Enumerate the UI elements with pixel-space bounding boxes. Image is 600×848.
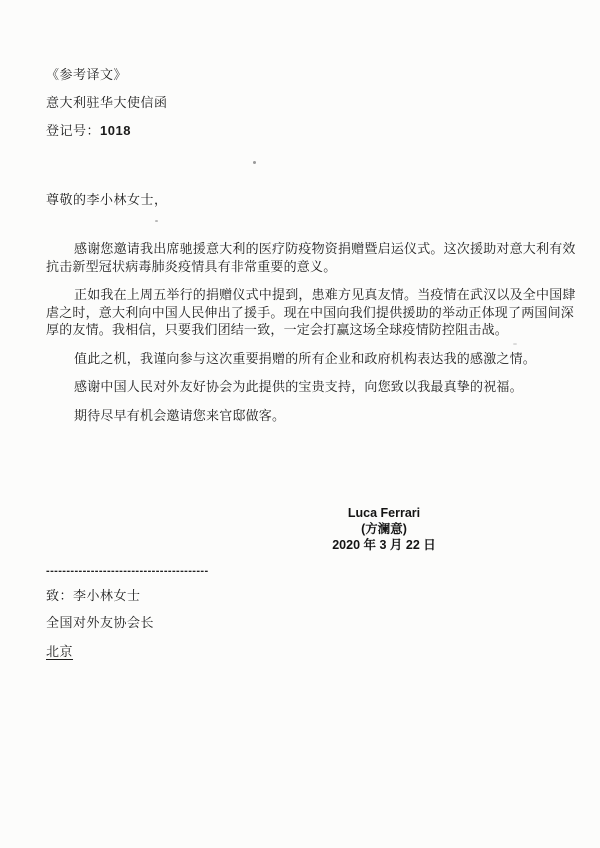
recipient-to: 致：李小林女士	[46, 589, 209, 603]
recipient-city: 北京	[46, 645, 209, 659]
registration-line: 登记号：1018	[46, 124, 168, 138]
doc-title: 意大利驻华大使信函	[46, 96, 168, 110]
paragraph-line: 抗击新型冠状病毒肺炎疫情具有非常重要的意义。	[46, 258, 576, 276]
signature-block: Luca Ferrari (方澜意) 2020 年 3 月 22 日	[298, 505, 470, 553]
letter-body: 感谢您邀请我出席驰援意大利的医疗防疫物资捐赠暨启运仪式。这次援助对意大利有效 抗…	[46, 240, 576, 424]
signature-name: Luca Ferrari	[298, 505, 470, 521]
doc-type: 《参考译文》	[46, 68, 168, 82]
paragraph-line: 期待尽早有机会邀请您来官邸做客。	[46, 407, 576, 425]
recipient-block: ----------------------------------------…	[46, 566, 209, 659]
scan-speckle	[155, 220, 158, 222]
paragraph-line: 值此之机，我谨向参与这次重要捐赠的所有企业和政府机构表达我的感激之情。	[46, 350, 576, 368]
paragraph-line: 感谢中国人民对外友好协会为此提供的宝贵支持，向您致以我最真挚的祝福。	[46, 378, 576, 396]
dashed-divider: ----------------------------------------	[46, 566, 209, 576]
signature-chinese-name: (方澜意)	[298, 521, 470, 537]
scan-speckle	[253, 161, 256, 164]
paragraph-line: 虐之时，意大利向中国人民伸出了援手。现在中国向我们提供援助的举动正体现了两国间深	[46, 304, 576, 322]
paragraph-3: 值此之机，我谨向参与这次重要捐赠的所有企业和政府机构表达我的感激之情。	[46, 350, 576, 368]
registration-number: 1018	[100, 123, 131, 138]
salutation: 尊敬的李小林女士，	[46, 193, 168, 207]
paragraph-line: 正如我在上周五举行的捐赠仪式中提到，患难方见真友情。当疫情在武汉以及全中国肆	[46, 286, 576, 304]
scan-speckle	[513, 343, 517, 345]
paragraph-1: 感谢您邀请我出席驰援意大利的医疗防疫物资捐赠暨启运仪式。这次援助对意大利有效 抗…	[46, 240, 576, 275]
paragraph-5: 期待尽早有机会邀请您来官邸做客。	[46, 407, 576, 425]
paragraph-2: 正如我在上周五举行的捐赠仪式中提到，患难方见真友情。当疫情在武汉以及全中国肆 虐…	[46, 286, 576, 339]
scanned-letter-page: 《参考译文》 意大利驻华大使信函 登记号：1018 尊敬的李小林女士， 感谢您邀…	[0, 0, 600, 848]
paragraph-4: 感谢中国人民对外友好协会为此提供的宝贵支持，向您致以我最真挚的祝福。	[46, 378, 576, 396]
paragraph-line: 感谢您邀请我出席驰援意大利的医疗防疫物资捐赠暨启运仪式。这次援助对意大利有效	[46, 240, 576, 258]
recipient-title: 全国对外友协会长	[46, 616, 209, 630]
letter-header: 《参考译文》 意大利驻华大使信函 登记号：1018	[46, 68, 168, 152]
paragraph-line: 厚的友情。我相信，只要我们团结一致，一定会打赢这场全球疫情防控阻击战。	[46, 321, 576, 339]
registration-label: 登记号：	[46, 123, 100, 138]
signature-date: 2020 年 3 月 22 日	[298, 537, 470, 553]
